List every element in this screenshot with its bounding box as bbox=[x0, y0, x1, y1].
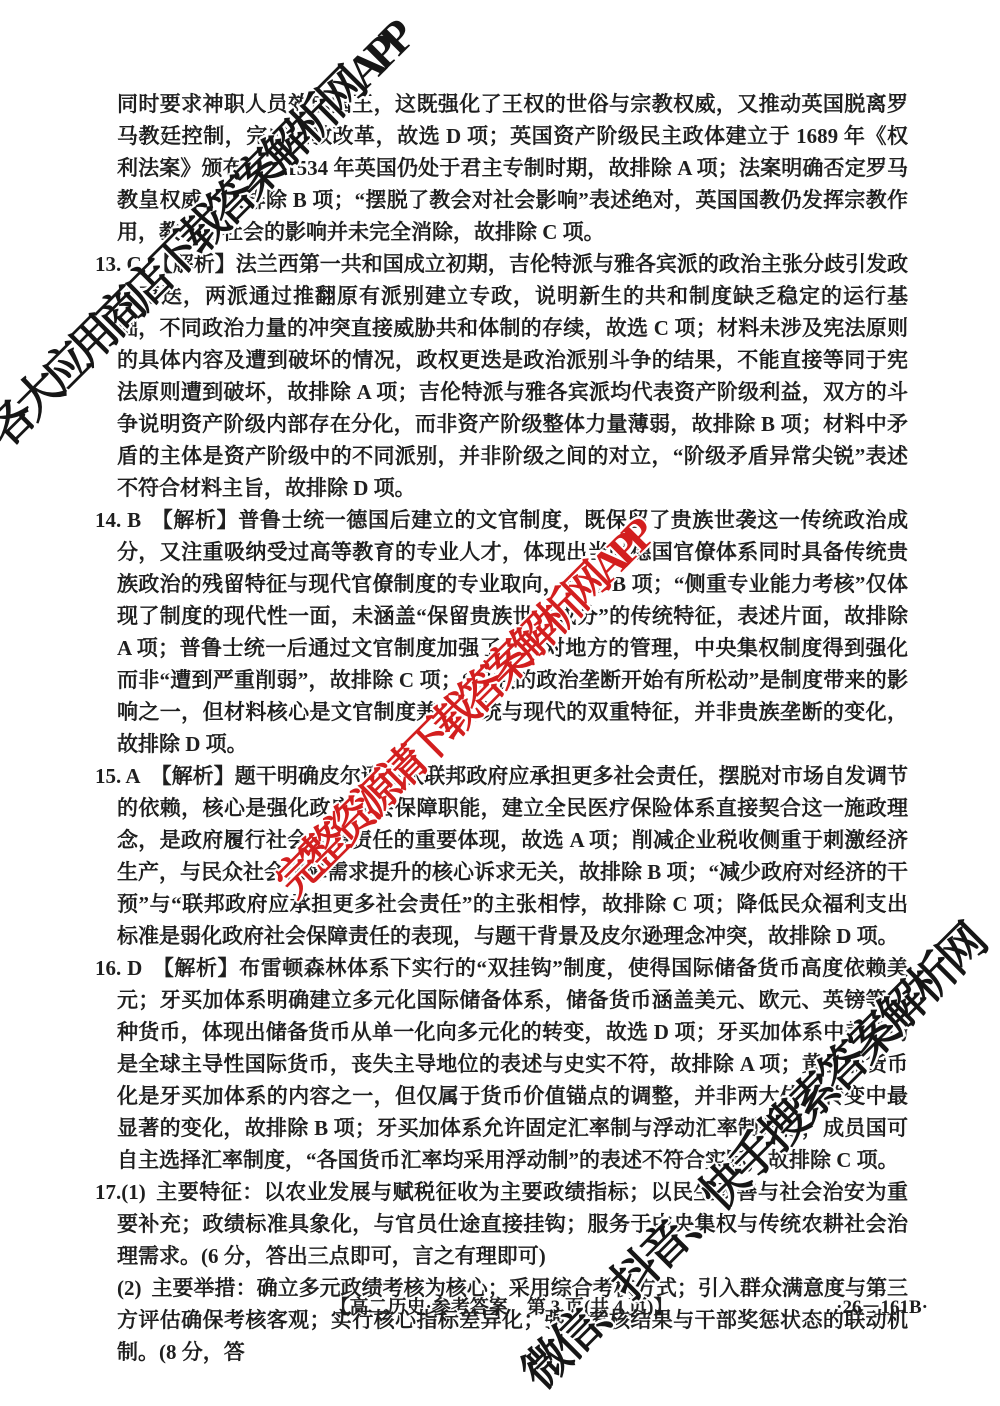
answer-text: 【解析】题干明确皮尔逊主张联邦政府应承担更多社会责任，摆脱对市场自发调节的依赖，… bbox=[117, 764, 908, 948]
answer-text: 【解析】法兰西第一共和国成立初期，吉伦特派与雅各宾派的政治主张分歧引发政权更迭，… bbox=[117, 252, 908, 500]
answer-number: 17.(1) bbox=[95, 1180, 146, 1204]
footer-title: 【高二历史·参考答案 第 3 页(共 4 页)】 bbox=[95, 1292, 908, 1319]
answer-item-15: 15. A【解析】题干明确皮尔逊主张联邦政府应承担更多社会责任，摆脱对市场自发调… bbox=[95, 760, 908, 952]
answer-text: 主要特征：以农业发展与赋税征收为主要政绩指标；以民生改善与社会治安为重要补充；政… bbox=[117, 1180, 908, 1268]
answer-number: 14. B bbox=[95, 508, 141, 532]
answer-item-17-1: 17.(1)主要特征：以农业发展与赋税征收为主要政绩指标；以民生改善与社会治安为… bbox=[95, 1176, 908, 1272]
answer-content: 同时要求神职人员效忠国王，这既强化了王权的世俗与宗教权威，又推动英国脱离罗马教廷… bbox=[95, 88, 908, 1368]
page-footer: 【高二历史·参考答案 第 3 页(共 4 页)】 ·26－161B· bbox=[95, 1292, 908, 1319]
answer-number: 15. A bbox=[95, 764, 141, 788]
answer-item-13: 13. C【解析】法兰西第一共和国成立初期，吉伦特派与雅各宾派的政治主张分歧引发… bbox=[95, 248, 908, 504]
footer-code: ·26－161B· bbox=[836, 1292, 928, 1319]
answer-item-14: 14. B【解析】普鲁士统一德国后建立的文官制度，既保留了贵族世袭这一传统政治成… bbox=[95, 504, 908, 760]
scanned-answer-page: { "answers": [ { "label": "", "text": "同… bbox=[0, 0, 1000, 1406]
answer-text: 主要举措：确立多元政绩考核为核心；采用综合考核方式；引入群众满意度与第三方评估确… bbox=[117, 1276, 908, 1364]
answer-item-17-2: (2)主要举措：确立多元政绩考核为核心；采用综合考核方式；引入群众满意度与第三方… bbox=[95, 1272, 908, 1368]
answer-number: 16. D bbox=[95, 956, 142, 980]
